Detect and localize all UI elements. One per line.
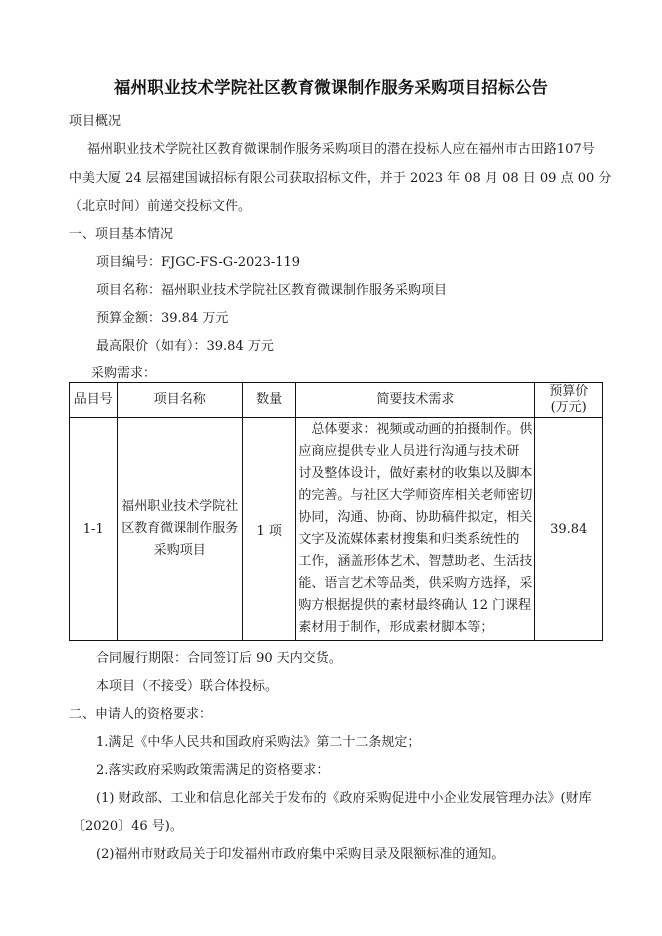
header-project-name: 项目名称	[117, 383, 242, 418]
header-quantity: 数量	[242, 383, 295, 418]
name-line: 福州职业技术学院社	[118, 496, 242, 518]
cell-tech-requirements: 总体要求：视频或动画的拍摄制作。供 应商应提供专业人员进行沟通与技术研 讨及整体…	[296, 418, 535, 641]
procurement-requirements-table: 品目号 项目名称 数量 简要技术需求 预算价 (万元) 1-1 福州职业技术学院…	[69, 382, 603, 641]
header-budget: 预算价 (万元)	[535, 383, 603, 418]
name-line: 区教育微课制作服务	[118, 518, 242, 540]
overview-heading: 项目概况	[69, 114, 121, 130]
tech-line: 工作，涵盖形体艺术、智慧助老、生活技	[298, 551, 532, 573]
project-number: 项目编号：FJGC-FS-G-2023-119	[96, 255, 300, 271]
max-price: 最高限价（如有）：39.84 万元	[96, 339, 274, 355]
qualification-sub-2: (2)福州市财政局关于印发福州市政府集中采购目录及限额标准的通知。	[96, 847, 504, 863]
tech-line: 购方根据提供的素材最终确认 12 门课程	[298, 595, 532, 617]
cell-item-no: 1-1	[70, 418, 118, 641]
section2-heading: 二、申请人的资格要求：	[69, 707, 212, 723]
requirements-label: 采购需求：	[91, 366, 156, 382]
overview-line-2: 中美大厦 24 层福建国诚招标有限公司获取招标文件，并于 2023 年 08 月…	[69, 171, 611, 187]
project-name: 项目名称：福州职业技术学院社区教育微课制作服务采购项目	[96, 283, 447, 299]
qualification-item-2: 2.落实政府采购政策需满足的资格要求：	[96, 763, 329, 779]
contract-period: 合同履行期限：合同签订后 90 天内交货。	[96, 651, 342, 667]
overview-line-1: 福州职业技术学院社区教育微课制作服务采购项目的潜在投标人应在福州市古田路107号	[87, 142, 595, 158]
table-header-row: 品目号 项目名称 数量 简要技术需求 预算价 (万元)	[70, 383, 603, 418]
name-line: 采购项目	[118, 540, 242, 562]
header-budget-line-1: 预算价	[535, 384, 602, 400]
cell-project-name: 福州职业技术学院社 区教育微课制作服务 采购项目	[117, 418, 242, 641]
tech-line: 的完善。与社区大学师资库相关老师密切	[298, 485, 532, 507]
consortium-statement: 本项目（不接受）联合体投标。	[96, 679, 278, 695]
qualification-sub-1-line-1: (1) 财政部、工业和信息化部关于发布的《政府采购促进中小企业发展管理办法》(财…	[96, 791, 592, 807]
tech-line: 应商应提供专业人员进行沟通与技术研	[298, 441, 532, 463]
overview-line-3: （北京时间）前递交投标文件。	[69, 199, 251, 215]
header-budget-line-2: (万元)	[535, 400, 602, 416]
cell-budget: 39.84	[535, 418, 603, 641]
header-item-no: 品目号	[70, 383, 118, 418]
section1-heading: 一、项目基本情况	[69, 227, 173, 243]
page-title: 福州职业技术学院社区教育微课制作服务采购项目招标公告	[0, 74, 662, 98]
tech-line: 素材用于制作，形成素材脚本等；	[298, 617, 532, 639]
budget-amount: 预算金额：39.84 万元	[96, 311, 228, 327]
tech-line: 能、语言艺术等品类，供采购方选择，采	[298, 573, 532, 595]
tech-line: 文字及流媒体素材搜集和归类系统性的	[298, 529, 532, 551]
tech-line: 协同，沟通、协商、协助稿件拟定，相关	[298, 507, 532, 529]
cell-quantity: 1 项	[242, 418, 295, 641]
table-row: 1-1 福州职业技术学院社 区教育微课制作服务 采购项目 1 项 总体要求：视频…	[70, 418, 603, 641]
tech-line: 讨及整体设计，做好素材的收集以及脚本	[298, 463, 532, 485]
header-tech-requirements: 简要技术需求	[296, 383, 535, 418]
qualification-sub-1-line-2: 〔2020〕46 号)。	[72, 819, 183, 835]
qualification-item-1: 1.满足《中华人民共和国政府采购法》第二十二条规定；	[96, 735, 420, 751]
tech-line: 总体要求：视频或动画的拍摄制作。供	[298, 419, 532, 441]
